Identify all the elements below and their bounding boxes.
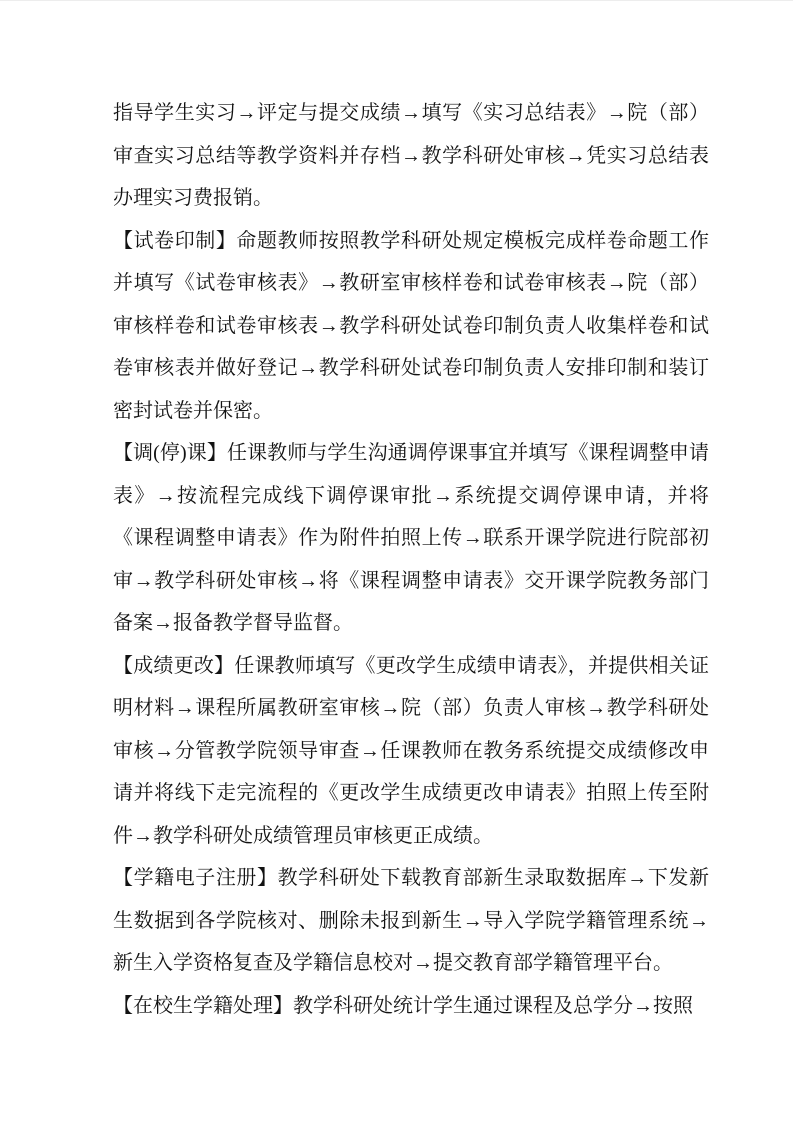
document-body: 指导学生实习→评定与提交成绩→填写《实习总结表》→院（部）审查实习总结等教学资料… — [113, 92, 709, 1027]
paragraph-exam-paper-printing: 【试卷印制】命题教师按照教学科研处规定模板完成样卷命题工作并填写《试卷审核表》→… — [113, 220, 709, 433]
paragraph-internship-flow: 指导学生实习→评定与提交成绩→填写《实习总结表》→院（部）审查实习总结等教学资料… — [113, 92, 709, 220]
paragraph-current-student-status: 【在校生学籍处理】教学科研处统计学生通过课程及总学分→按照 — [113, 985, 709, 1028]
paragraph-class-adjustment: 【调(停)课】任课教师与学生沟通调停课事宜并填写《课程调整申请表》→按流程完成线… — [113, 432, 709, 645]
paragraph-enrollment-e-registration: 【学籍电子注册】教学科研处下载教育部新生录取数据库→下发新生数据到各学院核对、删… — [113, 857, 709, 985]
paragraph-grade-change: 【成绩更改】任课教师填写《更改学生成绩申请表》，并提供相关证明材料→课程所属教研… — [113, 645, 709, 858]
document-page: 指导学生实习→评定与提交成绩→填写《实习总结表》→院（部）审查实习总结等教学资料… — [0, 0, 793, 1122]
